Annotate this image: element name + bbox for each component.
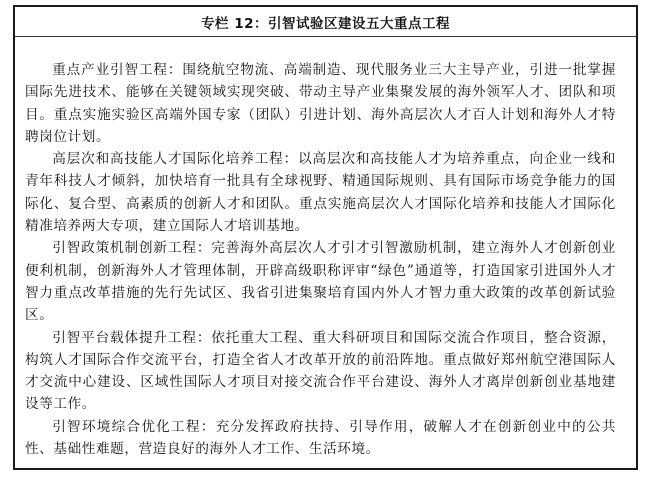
box-title: 专栏 12：引智试验区建设五大重点工程 [15, 7, 636, 37]
paragraph-platform-upgrade: 引智平台载体提升工程：依托重大工程、重大科研项目和国际交流合作项目，整合资源，构… [25, 327, 616, 416]
paragraph-talent-training: 高层次和高技能人才国际化培养工程：以高层次和高技能人才为培养重点，向企业一线和青… [25, 148, 616, 237]
paragraph-policy-innovation: 引智政策机制创新工程：完善海外高层次人才引才引智激励机制，建立海外人才创新创业便… [25, 237, 616, 326]
paragraph-environment-optimization: 引智环境综合优化工程：充分发挥政府扶持、引导作用，破解人才在创新创业中的公共性、… [25, 416, 616, 461]
feature-box: 专栏 12：引智试验区建设五大重点工程 重点产业引智工程：围绕航空物流、高端制造… [13, 5, 638, 470]
paragraph-key-industry: 重点产业引智工程：围绕航空物流、高端制造、现代服务业三大主导产业，引进一批掌握国… [25, 59, 616, 148]
box-body: 重点产业引智工程：围绕航空物流、高端制造、现代服务业三大主导产业，引进一批掌握国… [15, 37, 636, 460]
